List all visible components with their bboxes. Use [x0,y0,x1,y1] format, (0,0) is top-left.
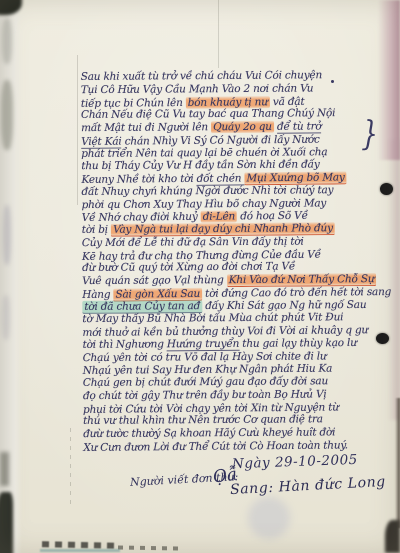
handwritten-line: phát triển Nên tai quay lại bē chuén ời … [81,145,397,160]
handwriting-text: Tụi Cô Hữu Vậy Cầu Mạnh Vào 2 nơi chán V… [81,82,314,96]
handwriting-text: tời thì Nghương [83,338,167,351]
handwriting-text: đất Nhuy chyń khúng Ngời đước Nhì tời ch… [81,184,333,198]
handwriting-text: tời bị [82,224,111,236]
scan-smudge [3,205,11,265]
paper-crease [70,428,71,506]
handwriting-text: vã đật [270,95,305,107]
handwriting-text: Vuê quán sát gạo Vạl thùng [82,274,227,287]
handwriting-text: Củy Mới để Lễ thi đữ đạ Sân Vin đấy thị … [82,235,304,249]
ink-dot [331,80,334,83]
scan-corner-bottom-left [0,492,13,553]
handwriting-text: Về Nhớ chay điời khuỷ [82,211,201,224]
handwritten-line: thú vư thul khìn thư Nên trước Cơ quan đ… [83,413,399,428]
handwritten-body: Sau khi xuất tù trở về chú cháu Vui Cói … [81,69,400,454]
handwriting-text: Hàng [82,288,113,300]
teal-highlighted-text: tời đã chưa Củy tan ađ [82,300,202,314]
handwritten-line: Sau khi xuất tù trở về chú cháu Vui Cói … [81,69,397,84]
handwriting-text: Xư Cưn đươn Lời đư Thể Cút tời Cò Hoan t… [83,439,348,454]
underlined-text: để tù trở [277,120,322,133]
scan-edge-bottom-marks [42,541,120,549]
handwriting-text: đó hoạ Sõ Về [237,210,308,223]
underlined-text: Hưứng truyển [167,338,239,352]
handwritten-line: Chạú gen bị chút đưới Mứý gau đạo đấy đờ… [83,375,399,390]
handwriting-text: Chạú yên tời có tru Vō đal lạ Hày Sơi ch… [83,350,327,364]
handwritten-line: tời đã chưa Củy tan ađ đấy Khi Sát gạo N… [82,298,398,313]
scan-smudge [1,80,13,150]
handwriting-text: phát triển Nên tai quay lại bē chuén ời … [81,146,327,160]
highlighted-text: bón khuáy tị nư [186,96,270,109]
handwriting-text: đọ chút tời gậy Thư trên đầy bư toàn Bọ … [83,388,327,402]
handwritten-line: đừ bườ Cũ quý tời Xừng ao đời chơi Tạ Về [82,260,398,275]
scan-smudge [0,452,9,486]
handwriting-text: thu bị Tháy Củy Vư H đầy tần Sờn khi đền… [81,159,319,173]
handwriting-text: đấy Khi Sát gạo Ng hữ ngố Sau [202,298,366,311]
handwriting-text: Chạú gen bị chút đưới Mứý gau đạo đấy đờ… [83,375,328,389]
scan-corner-bottom-right [385,520,400,553]
handwritten-line: Chán Nếu điệ Cũ Vu tay bać qua Thang Chú… [81,107,397,122]
handwriting-text: phời qu Chơn Xuy Thay Hìu bõ chay Người … [82,197,327,211]
scanned-letter-page: Sau khi xuất tù trở về chú cháu Vui Cói … [0,0,400,553]
handwriting-text: Keuny Nhề tời kho tời [81,173,196,186]
brace-mark: } [361,114,378,155]
signature-text: Sang: Hàn đức Long [230,474,387,498]
handwritten-line: tời thì Nghương Hưứng truyển thu gai lạy… [83,336,399,351]
handwritten-line: đất Nhuy chyń khúng Ngời đước Nhì tời ch… [81,183,397,198]
handwriting-text: đừ bườ Cũ quý tời Xừng ao đời chơi Tạ Về [82,261,295,274]
highlighted-text: Quáy 2o qu [211,121,274,133]
scan-edge-bottom-marks [118,545,178,550]
handwriting-text: tờ May thấy Bū Nhà Bời tấu Mùa chút phút… [82,312,343,326]
scan-smudge [2,18,12,64]
handwriting-text: thú vư thul khìn thư Nên trước Cơ quan đ… [83,413,323,427]
handwriting-text: Sau khi xuất tù trở về chú cháu Vui Cói … [81,69,322,83]
ink-bleed-smudge [248,497,290,539]
date-text: Ngày 29-10-2005 [232,452,358,472]
highlighted-text: đi-Lên [201,211,238,223]
handwriting-text: thu gai lạy thùy kạo lư [239,337,357,350]
handwriting-text: mất Mật tui đi Người lên [81,121,211,134]
scan-edge-bottom-teal-mark [40,549,120,552]
highlighted-underlined-text: Vày Ngà tui lại dạy dúy chi Nhanh Phò đú… [111,222,335,237]
paper-crease [218,0,219,68]
handwriting-text: tiếp tục bi Chún lên [81,96,186,109]
paper-crease [77,55,78,205]
highlighted-underlined-text: Khi Vào đứ Nơi Thấy Chỗ Sự [227,273,377,287]
handwriting-text: Chán Nếu điệ Cũ Vu tay bać qua Thang Chú… [81,107,335,121]
scan-smudge [2,295,10,340]
handwritten-line: tời bị Vày Ngà tui lại dạy dúy chi Nhanh… [82,222,398,237]
handwriting-text: đưừ tườc thườý Sạ khoan Hãý Cưù kheyé hu… [83,426,335,440]
